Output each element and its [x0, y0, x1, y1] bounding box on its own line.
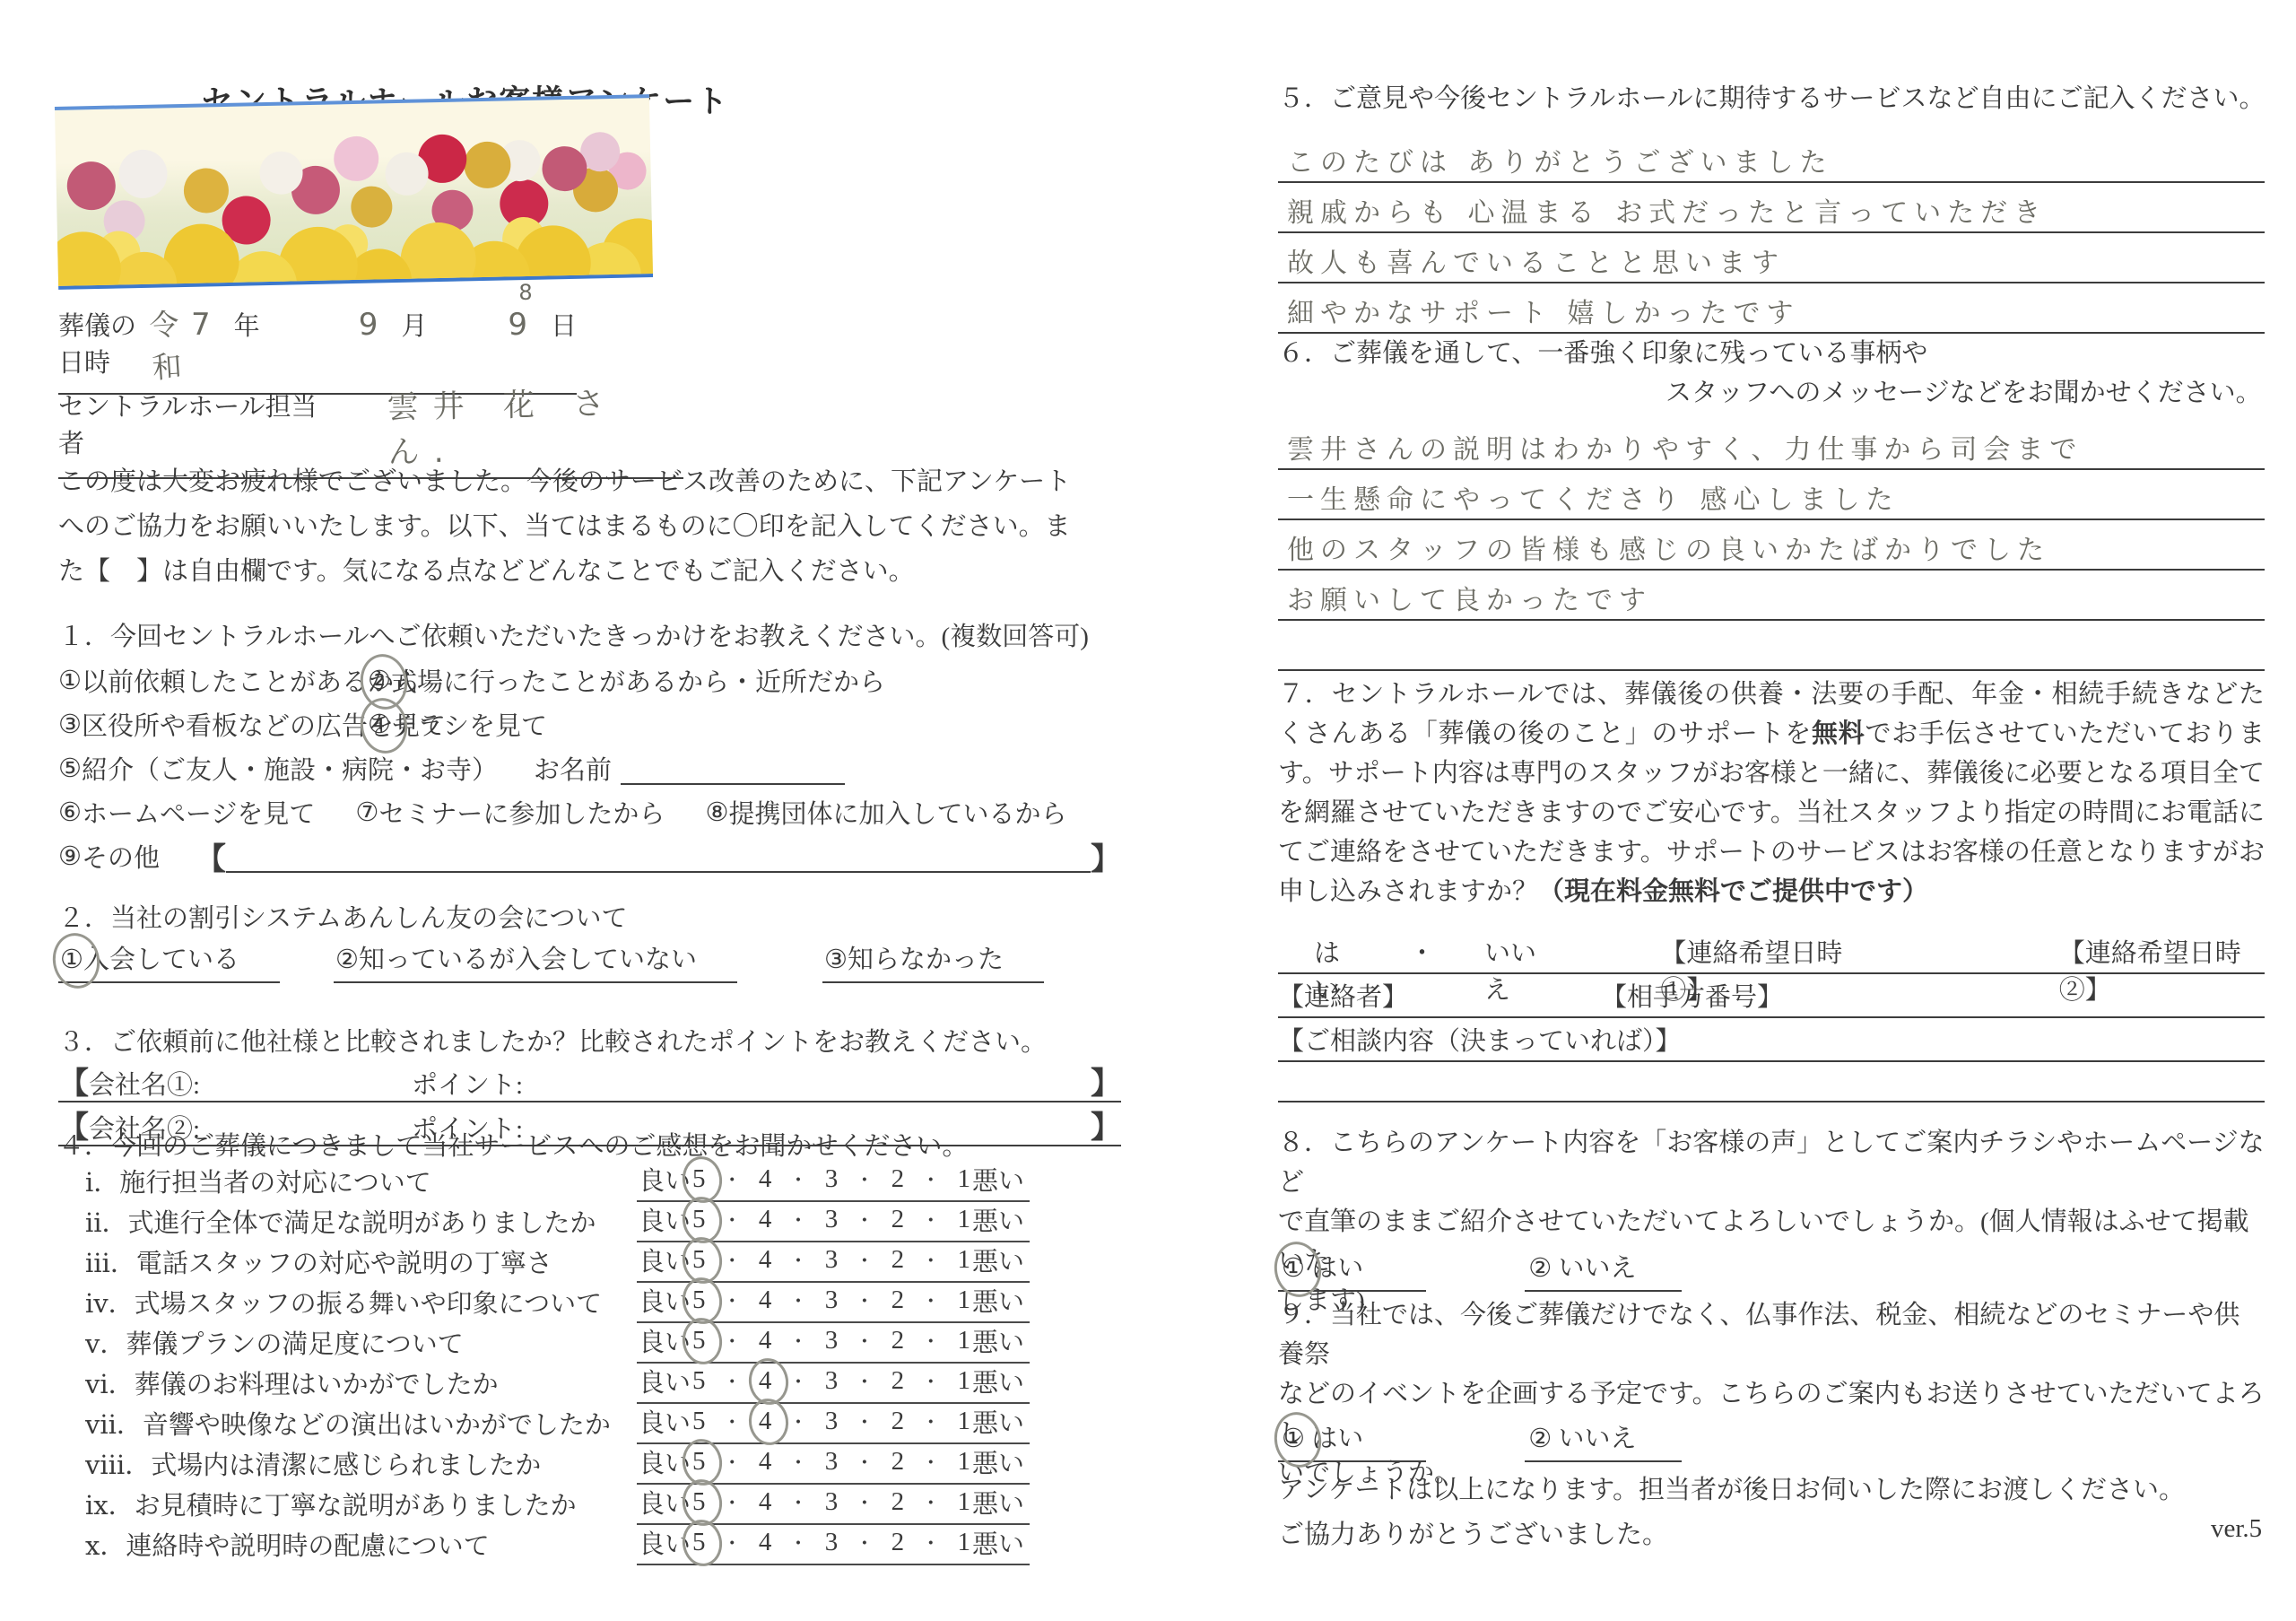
scale-cell: 2	[890, 1326, 907, 1355]
scale-cell: 2	[890, 1164, 907, 1194]
scale-cell: 2	[890, 1487, 907, 1517]
scale-value-1[interactable]: 1	[955, 1326, 972, 1355]
scale-cell: 2	[890, 1447, 907, 1477]
answer-line[interactable]: 他のスタッフの皆様も感じの良いかたばかりでした	[1278, 520, 2265, 571]
option-label: いいえ	[1559, 1425, 1637, 1453]
rating-scale[interactable]: 良い5・4・3・2・1悪い	[637, 1484, 1030, 1525]
scanned-survey-document: { "colors":{"ink":"#3a3a3a","rule":"#3f3…	[0, 0, 2296, 1621]
rating-item-label: ⅴ．葬儀プランの満足度について	[85, 1324, 637, 1361]
option-number-mark[interactable]: ②	[1528, 1423, 1552, 1454]
rating-scale[interactable]: 良い5・4・3・2・1悪い	[637, 1363, 1030, 1404]
scale-cell: 4	[757, 1205, 774, 1234]
option-label: 知っているが入会していない	[359, 946, 697, 974]
scale-value-2[interactable]: 2	[890, 1285, 907, 1315]
scale-bad-label: 悪い	[972, 1524, 1024, 1561]
option-label: いいえ	[1559, 1254, 1637, 1283]
scale-value-1[interactable]: 1	[955, 1205, 972, 1234]
scale-value-1[interactable]: 1	[955, 1245, 972, 1275]
scale-value-1[interactable]: 1	[955, 1366, 972, 1396]
scale-separator: ・	[855, 1367, 874, 1395]
year-unit: 年	[234, 306, 260, 343]
scale-separator: ・	[788, 1407, 808, 1435]
scale-value-4[interactable]: 4	[757, 1326, 774, 1355]
q1-row: ⑤紹介（ご友人・施設・病院・お寺） お名前	[58, 746, 1121, 790]
q8-options: ① はい ② いいえ	[1278, 1249, 2265, 1290]
scale-separator: ・	[921, 1367, 941, 1395]
scale-good-label: 良い	[639, 1363, 691, 1399]
scale-cell: 2	[890, 1245, 907, 1275]
option-label: その他	[82, 838, 160, 875]
scale-cell: 4	[757, 1366, 774, 1396]
scale-value-2[interactable]: 2	[890, 1487, 907, 1517]
scale-cell: 3	[823, 1487, 840, 1517]
rating-row: ⅰ．施行担当者の対応について良い5・4・3・2・1悪い	[58, 1161, 1121, 1201]
rating-scale[interactable]: 良い5・4・3・2・1悪い	[637, 1242, 1030, 1283]
option-number-mark[interactable]: ①	[58, 665, 82, 696]
scale-separator: ・	[855, 1327, 874, 1355]
scale-bad-label: 悪い	[972, 1201, 1024, 1238]
referrer-name-label: お名前	[534, 750, 612, 787]
scale-value-5[interactable]: 5	[691, 1205, 708, 1234]
scale-value-1[interactable]: 1	[955, 1285, 972, 1315]
q1-option: ⑤紹介（ご友人・施設・病院・お寺）	[58, 750, 498, 787]
scale-value-5[interactable]: 5	[691, 1407, 708, 1436]
rating-scale[interactable]: 良い5・4・3・2・1悪い	[637, 1524, 1030, 1565]
answer-line[interactable]: このたびは ありがとうございました	[1278, 133, 2265, 183]
handwritten-day: 9	[508, 307, 527, 343]
version-label: ver.5	[2211, 1514, 2262, 1544]
scale-separator: ・	[722, 1286, 742, 1314]
scale-cell: 2	[890, 1285, 907, 1315]
option-label: チラシを見て	[391, 706, 547, 743]
scale-value-2[interactable]: 2	[890, 1407, 907, 1436]
q7-paragraph: ７．セントラルホールでは、葬儀後の供養・法要の手配、年金・相続手続きなどたくさん…	[1278, 675, 2265, 911]
scale-value-1[interactable]: 1	[955, 1487, 972, 1517]
rating-scale[interactable]: 良い5・4・3・2・1悪い	[637, 1443, 1030, 1485]
scale-value-5[interactable]: 5	[691, 1285, 708, 1315]
scale-separator: ・	[722, 1529, 742, 1556]
scale-separator: ・	[722, 1407, 742, 1435]
scale-value-3[interactable]: 3	[823, 1528, 840, 1557]
option-number-mark[interactable]: ③	[824, 944, 848, 975]
scale-value-2[interactable]: 2	[890, 1447, 907, 1477]
rating-scale[interactable]: 良い5・4・3・2・1悪い	[637, 1161, 1030, 1202]
rating-row: ⅷ．式場内は清潔に感じられましたか良い5・4・3・2・1悪い	[58, 1443, 1121, 1484]
handwritten-answer: 故人も喜んでいることと思います	[1287, 240, 1785, 280]
scale-bad-label: 悪い	[972, 1363, 1024, 1399]
handwritten-answer: 雲井さんの説明はわかりやすく、力仕事から司会まで	[1287, 427, 2083, 466]
q7-yesno-row[interactable]: はい ・ いいえ 【連絡希望日時①】 【連絡希望日時②】	[1278, 933, 2265, 974]
scale-cell: 1悪い	[955, 1161, 1024, 1198]
q5-heading: ５．ご意見や今後セントラルホールに期待するサービスなど自由にご記入ください。	[1278, 79, 2296, 118]
scale-cell: 4	[757, 1528, 774, 1557]
q4-rows: ⅰ．施行担当者の対応について良い5・4・3・2・1悪いⅱ．式進行全体で満足な説明…	[58, 1161, 1121, 1564]
q1-row: ③区役所や看板などの広告を見て ④チラシを見て	[58, 702, 1121, 746]
q8-option: ② いいえ	[1525, 1248, 1681, 1292]
scale-separator: ・	[722, 1165, 742, 1193]
option-number-mark[interactable]: ②	[335, 944, 359, 975]
q1-row: ⑥ホームページを見て ⑦セミナーに参加したから ⑧提携団体に加入しているから	[58, 790, 1121, 834]
funeral-date-label: 葬儀の日時	[58, 306, 147, 379]
scale-cell: 良い5	[639, 1484, 708, 1521]
scale-value-3[interactable]: 3	[823, 1447, 840, 1477]
staff-label: セントラルホール担当者	[58, 387, 338, 460]
scale-value-5[interactable]: 5	[691, 1366, 708, 1396]
scale-separator: ・	[855, 1488, 874, 1516]
scale-value-1[interactable]: 1	[955, 1447, 972, 1477]
q9-paragraph: ９．当社では、今後ご葬儀だけでなく、仏事作法、税金、相続などのセミナーや供養祭 …	[1278, 1295, 2265, 1493]
answer-line[interactable]: 故人も喜んでいることと思います	[1278, 233, 2265, 283]
scale-value-4[interactable]: 4	[757, 1205, 774, 1234]
scale-cell: 2	[890, 1528, 907, 1557]
scale-value-4[interactable]: 4	[757, 1528, 774, 1557]
handwritten-answer: 親戚からも 心温まる お式だったと言っていただき	[1287, 190, 2047, 230]
q1-option: ⑥ホームページを見て	[58, 794, 315, 831]
scale-value-3[interactable]: 3	[823, 1487, 840, 1517]
option-number-mark[interactable]: ②	[1528, 1252, 1552, 1284]
q2-option: ②知っているが入会していない	[334, 939, 737, 983]
scale-cell: 1悪い	[955, 1524, 1024, 1561]
q9-option: ② いいえ	[1525, 1418, 1681, 1462]
scale-value-3[interactable]: 3	[823, 1326, 840, 1355]
scale-cell: 3	[823, 1245, 840, 1275]
q8-option: ① はい	[1278, 1248, 1426, 1292]
scale-cell: 3	[823, 1164, 840, 1194]
scale-separator: ・	[921, 1488, 941, 1516]
handwritten-staff-name: 雲井 花 さん.	[387, 378, 684, 473]
scale-separator: ・	[855, 1286, 874, 1314]
scale-separator: ・	[921, 1206, 941, 1233]
q2-option: ①入会している	[58, 939, 280, 983]
q1-option: ③区役所や看板などの広告を見て	[58, 706, 368, 743]
option-number-mark[interactable]: ⑧	[705, 797, 728, 828]
rating-row: ⅱ．式進行全体で満足な説明がありましたか良い5・4・3・2・1悪い	[58, 1201, 1121, 1242]
option-number-mark[interactable]: ④	[368, 709, 391, 740]
scale-cell: 3	[823, 1285, 840, 1315]
scale-value-4[interactable]: 4	[757, 1245, 774, 1275]
scale-separator: ・	[855, 1246, 874, 1274]
q2-heading: ２．当社の割引システムあんしん友の会について	[58, 899, 1121, 938]
handwritten-day-group: 8 9	[508, 307, 527, 343]
scale-value-3[interactable]: 3	[823, 1407, 840, 1436]
option-number-mark[interactable]: ①	[1282, 1423, 1305, 1454]
scale-value-3[interactable]: 3	[823, 1366, 840, 1396]
rating-item-label: ⅳ．式場スタッフの振る舞いや印象について	[85, 1284, 637, 1320]
scale-value-2[interactable]: 2	[890, 1326, 907, 1355]
answer-line[interactable]: 雲井さんの説明はわかりやすく、力仕事から司会まで	[1278, 420, 2265, 470]
scale-separator: ・	[855, 1206, 874, 1233]
rating-item-label: ⅸ．お見積時に丁寧な説明がありましたか	[85, 1486, 637, 1522]
rating-item-label: ⅲ．電話スタッフの対応や説明の丁寧さ	[85, 1243, 637, 1280]
rating-item-label: ⅶ．音響や映像などの演出はいかがでしたか	[85, 1405, 637, 1442]
q7-contact-row[interactable]: 【連絡者】 【相手方番号】	[1278, 977, 2265, 1018]
referrer-name-blank[interactable]	[621, 753, 845, 785]
scale-separator: ・	[921, 1246, 941, 1274]
handwritten-answer: 細やかなサポート 嬉しかったです	[1287, 291, 1800, 330]
handwritten-answer: 一生懸命にやってくださり 感心しました	[1287, 477, 1900, 517]
q1-option: ⑨その他	[58, 838, 160, 875]
scale-cell: 4	[757, 1407, 774, 1436]
scale-cell: 1悪い	[955, 1484, 1024, 1521]
option-number-mark[interactable]: ①	[1282, 1252, 1305, 1284]
footer-line1: アンケートは以上になります。担当者が後日お伺いした際にお渡しください。	[1278, 1469, 2265, 1506]
rating-item-label: ⅷ．式場内は清潔に感じられましたか	[85, 1445, 637, 1482]
rating-scale[interactable]: 良い5・4・3・2・1悪い	[637, 1282, 1030, 1323]
scale-value-4[interactable]: 4	[757, 1407, 774, 1436]
scale-cell: 1悪い	[955, 1443, 1024, 1480]
q1-option: ①以前依頼したことがあるから	[58, 662, 368, 699]
option-number-mark[interactable]: ②	[368, 665, 391, 696]
scale-separator: ・	[921, 1286, 941, 1314]
q6-heading-line1: ６．ご葬儀を通して、一番強く印象に残っている事柄や	[1278, 334, 2296, 373]
month-unit: 月	[401, 306, 427, 343]
scale-value-1[interactable]: 1	[955, 1164, 972, 1194]
close-bracket: 】	[1091, 834, 1121, 878]
option-label: セミナーに参加したから	[378, 794, 665, 831]
option-number-mark[interactable]: ⑥	[58, 797, 82, 828]
scale-separator: ・	[921, 1529, 941, 1556]
option-label: 提携団体に加入しているから	[728, 794, 1066, 831]
scale-value-5[interactable]: 5	[691, 1447, 708, 1477]
scale-value-3[interactable]: 3	[823, 1245, 840, 1275]
scale-value-4[interactable]: 4	[757, 1285, 774, 1315]
scale-cell: 良い5	[639, 1403, 708, 1440]
q1-row: ⑨その他 【 】	[58, 834, 1121, 878]
option-label: ホームページを見て	[82, 794, 315, 831]
scale-value-3[interactable]: 3	[823, 1285, 840, 1315]
scale-value-4[interactable]: 4	[757, 1487, 774, 1517]
option-number-mark[interactable]: ①	[60, 944, 83, 975]
rating-row: ⅵ．葬儀のお料理はいかがでしたか良い5・4・3・2・1悪い	[58, 1363, 1121, 1403]
scale-cell: 良い5	[639, 1161, 708, 1198]
scale-separator: ・	[921, 1448, 941, 1476]
q5-answer-lines: このたびは ありがとうございました親戚からも 心温まる お式だったと言っていただ…	[1278, 133, 2265, 334]
scale-value-4[interactable]: 4	[757, 1447, 774, 1477]
answer-line[interactable]: お願いして良かったです	[1278, 571, 2265, 621]
rating-scale[interactable]: 良い5・4・3・2・1悪い	[637, 1403, 1030, 1444]
scale-separator: ・	[855, 1407, 874, 1435]
q6-heading-line2: スタッフへのメッセージなどをお聞かせください。	[1665, 373, 2296, 413]
scale-value-5[interactable]: 5	[691, 1528, 708, 1557]
scale-cell: 3	[823, 1205, 840, 1234]
option-label: 入会している	[83, 946, 239, 974]
scale-cell: 4	[757, 1245, 774, 1275]
q2-options: ①入会している ②知っているが入会していない ③知らなかった	[58, 938, 1121, 983]
scale-cell: 3	[823, 1366, 840, 1396]
scale-separator: ・	[921, 1407, 941, 1435]
option-number-mark[interactable]: ⑤	[58, 753, 82, 784]
scale-cell: 3	[823, 1528, 840, 1557]
scale-bad-label: 悪い	[972, 1282, 1024, 1319]
open-bracket: 【	[196, 834, 226, 878]
q7-option-separator: ・	[1409, 933, 1435, 970]
answer-line[interactable]: 細やかなサポート 嬉しかったです	[1278, 283, 2265, 334]
scale-bad-label: 悪い	[972, 1484, 1024, 1521]
scale-value-4[interactable]: 4	[757, 1366, 774, 1396]
scale-value-5[interactable]: 5	[691, 1245, 708, 1275]
close-bracket: 】	[1091, 1059, 1121, 1102]
scale-value-2[interactable]: 2	[890, 1205, 907, 1234]
survey-page-left: セントラルホールお客様アンケート 葬儀の日時 令和 7 年 9 月 8 9 日 …	[58, 0, 1121, 1621]
scale-cell: 良い5	[639, 1363, 708, 1399]
scale-value-2[interactable]: 2	[890, 1366, 907, 1396]
rating-row: ⅶ．音響や映像などの演出はいかがでしたか良い5・4・3・2・1悪い	[58, 1403, 1121, 1443]
handwritten-era: 令和	[148, 301, 194, 388]
scale-separator: ・	[788, 1367, 808, 1395]
day-unit: 日	[551, 306, 577, 343]
scale-cell: 良い5	[639, 1524, 708, 1561]
scale-separator: ・	[788, 1448, 808, 1476]
contact-phone-label: 【相手方番号】	[1601, 977, 1783, 1014]
contact-person-label: 【連絡者】	[1278, 977, 1408, 1014]
handwritten-answer: このたびは ありがとうございました	[1287, 140, 1833, 179]
q1-option: ④チラシを見て	[368, 706, 547, 743]
rating-row: ⅹ．連絡時や説明時の配慮について良い5・4・3・2・1悪い	[58, 1524, 1121, 1564]
scale-cell: 1悪い	[955, 1363, 1024, 1399]
handwritten-answer: お願いして良かったです	[1287, 578, 1652, 617]
scale-separator: ・	[788, 1327, 808, 1355]
rating-row: ⅴ．葬儀プランの満足度について良い5・4・3・2・1悪い	[58, 1322, 1121, 1363]
scale-value-5[interactable]: 5	[691, 1164, 708, 1194]
open-bracket: 【	[58, 1059, 89, 1102]
q9-options: ① はい ② いいえ	[1278, 1419, 2265, 1460]
rating-row: ⅸ．お見積時に丁寧な説明がありましたか良い5・4・3・2・1悪い	[58, 1484, 1121, 1524]
scale-bad-label: 悪い	[972, 1403, 1024, 1440]
scale-value-2[interactable]: 2	[890, 1528, 907, 1557]
answer-line[interactable]: 親戚からも 心温まる お式だったと言っていただき	[1278, 183, 2265, 233]
scale-good-label: 良い	[639, 1403, 691, 1440]
company-name-label: 会社名①:	[89, 1065, 412, 1102]
rating-item-label: ⅵ．葬儀のお料理はいかがでしたか	[85, 1364, 637, 1401]
scale-separator: ・	[788, 1488, 808, 1516]
rating-item-label: ⅰ．施行担当者の対応について	[85, 1163, 637, 1199]
point-label: ポイント:	[412, 1065, 523, 1102]
option-label: 知らなかった	[848, 946, 1004, 974]
rating-item-label: ⅹ．連絡時や説明時の配慮について	[85, 1526, 637, 1563]
scale-cell: 4	[757, 1326, 774, 1355]
q7-consult-row[interactable]: 【ご相談内容（決まっていれば）】	[1278, 1021, 2265, 1062]
scale-separator: ・	[788, 1165, 808, 1193]
scale-cell: 1悪い	[955, 1403, 1024, 1440]
q6-answer-lines: 雲井さんの説明はわかりやすく、力仕事から司会まで一生懸命にやってくださり 感心し…	[1278, 420, 2265, 671]
scale-separator: ・	[788, 1286, 808, 1314]
scale-cell: 良い5	[639, 1242, 708, 1278]
q1-row: ①以前依頼したことがあるから ②式場に行ったことがあるから・近所だから	[58, 658, 1121, 702]
scale-cell: 良い5	[639, 1282, 708, 1319]
scale-separator: ・	[722, 1448, 742, 1476]
scale-separator: ・	[722, 1327, 742, 1355]
rating-row: ⅳ．式場スタッフの振る舞いや印象について良い5・4・3・2・1悪い	[58, 1282, 1121, 1322]
scale-separator: ・	[788, 1529, 808, 1556]
footer-line2: ご協力ありがとうございました。	[1278, 1514, 2265, 1551]
scale-cell: 3	[823, 1407, 840, 1436]
scale-cell: 2	[890, 1205, 907, 1234]
scale-cell: 4	[757, 1164, 774, 1194]
scale-separator: ・	[855, 1165, 874, 1193]
scale-separator: ・	[921, 1327, 941, 1355]
scale-bad-label: 悪い	[972, 1443, 1024, 1480]
q7-blank-row[interactable]	[1278, 1065, 2265, 1102]
scale-value-4[interactable]: 4	[757, 1164, 774, 1194]
handwritten-month: 9	[359, 307, 378, 343]
survey-page-right: ５．ご意見や今後セントラルホールに期待するサービスなど自由にご記入ください。 こ…	[1278, 0, 2265, 1621]
scale-value-5[interactable]: 5	[691, 1326, 708, 1355]
scale-value-1[interactable]: 1	[955, 1407, 972, 1436]
scale-cell: 良い5	[639, 1443, 708, 1480]
scale-separator: ・	[722, 1206, 742, 1233]
scale-cell: 1悪い	[955, 1282, 1024, 1319]
handwritten-day-correction: 8	[518, 280, 532, 305]
option-number-mark[interactable]: ⑨	[58, 841, 82, 872]
option-number-mark[interactable]: ③	[58, 709, 82, 740]
rating-row: ⅲ．電話スタッフの対応や説明の丁寧さ良い5・4・3・2・1悪い	[58, 1242, 1121, 1282]
handwritten-answer: 他のスタッフの皆様も感じの良いかたばかりでした	[1287, 527, 2050, 567]
scale-value-3[interactable]: 3	[823, 1205, 840, 1234]
scale-value-1[interactable]: 1	[955, 1528, 972, 1557]
scale-cell: 3	[823, 1447, 840, 1477]
option-number-mark[interactable]: ⑦	[355, 797, 378, 828]
scale-cell: 4	[757, 1447, 774, 1477]
rating-item-label: ⅱ．式進行全体で満足な説明がありましたか	[85, 1203, 637, 1240]
scale-separator: ・	[788, 1246, 808, 1274]
q7-currently-free-bold: （現在料金無料でご提供中です）	[1538, 877, 1928, 906]
scale-separator: ・	[722, 1367, 742, 1395]
q1-option: ⑧提携団体に加入しているから	[705, 794, 1066, 831]
company-comparison-row[interactable]: 【 会社名①: ポイント: 】	[58, 1059, 1121, 1102]
rating-scale[interactable]: 良い5・4・3・2・1悪い	[637, 1322, 1030, 1364]
answer-line[interactable]: 一生懸命にやってくださり 感心しました	[1278, 470, 2265, 520]
scale-cell: 3	[823, 1326, 840, 1355]
scale-value-5[interactable]: 5	[691, 1487, 708, 1517]
q1-option: ②式場に行ったことがあるから・近所だから	[368, 662, 885, 699]
q3-heading: ３．ご依頼前に他社様と比較されましたか？比較されたポイントをお教えください。	[58, 1023, 1121, 1062]
other-free-entry-blank[interactable]	[226, 841, 1091, 873]
handwritten-year: 7	[191, 307, 211, 343]
intro-paragraph: この度は大変お疲れ様でございました。今後のサービス改善のために、下記アンケート …	[58, 459, 1121, 594]
scale-bad-label: 悪い	[972, 1161, 1024, 1198]
scale-cell: 2	[890, 1407, 907, 1436]
scale-value-3[interactable]: 3	[823, 1164, 840, 1194]
scale-bad-label: 悪い	[972, 1242, 1024, 1278]
consultation-content-label: 【ご相談内容（決まっていれば）】	[1278, 1021, 1682, 1058]
q1-heading: １．今回セントラルホールへご依頼いただいたきっかけをお教えください。(複数回答可…	[58, 617, 1121, 657]
q1-options: ①以前依頼したことがあるから ②式場に行ったことがあるから・近所だから ③区役所…	[58, 658, 1121, 878]
scale-separator: ・	[855, 1448, 874, 1476]
q1-option: ⑦セミナーに参加したから	[355, 794, 665, 831]
rating-scale[interactable]: 良い5・4・3・2・1悪い	[637, 1201, 1030, 1242]
q7-free-bold: 無料	[1812, 719, 1865, 748]
scale-cell: 2	[890, 1366, 907, 1396]
scale-separator: ・	[788, 1206, 808, 1233]
scale-bad-label: 悪い	[972, 1322, 1024, 1359]
scale-cell: 良い5	[639, 1201, 708, 1238]
scale-value-2[interactable]: 2	[890, 1164, 907, 1194]
scale-cell: 1悪い	[955, 1201, 1024, 1238]
answer-line[interactable]	[1278, 621, 2265, 671]
scale-value-2[interactable]: 2	[890, 1245, 907, 1275]
scale-separator: ・	[722, 1488, 742, 1516]
scale-cell: 4	[757, 1487, 774, 1517]
scale-cell: 1悪い	[955, 1322, 1024, 1359]
scale-cell: 良い5	[639, 1322, 708, 1359]
q2-option: ③知らなかった	[822, 939, 1044, 983]
option-label: 式場に行ったことがあるから・近所だから	[391, 662, 885, 699]
scale-cell: 1悪い	[955, 1242, 1024, 1278]
scale-cell: 4	[757, 1285, 774, 1315]
scale-separator: ・	[722, 1246, 742, 1274]
flower-banner-image	[55, 94, 653, 290]
option-label: 紹介（ご友人・施設・病院・お寺）	[82, 750, 498, 787]
